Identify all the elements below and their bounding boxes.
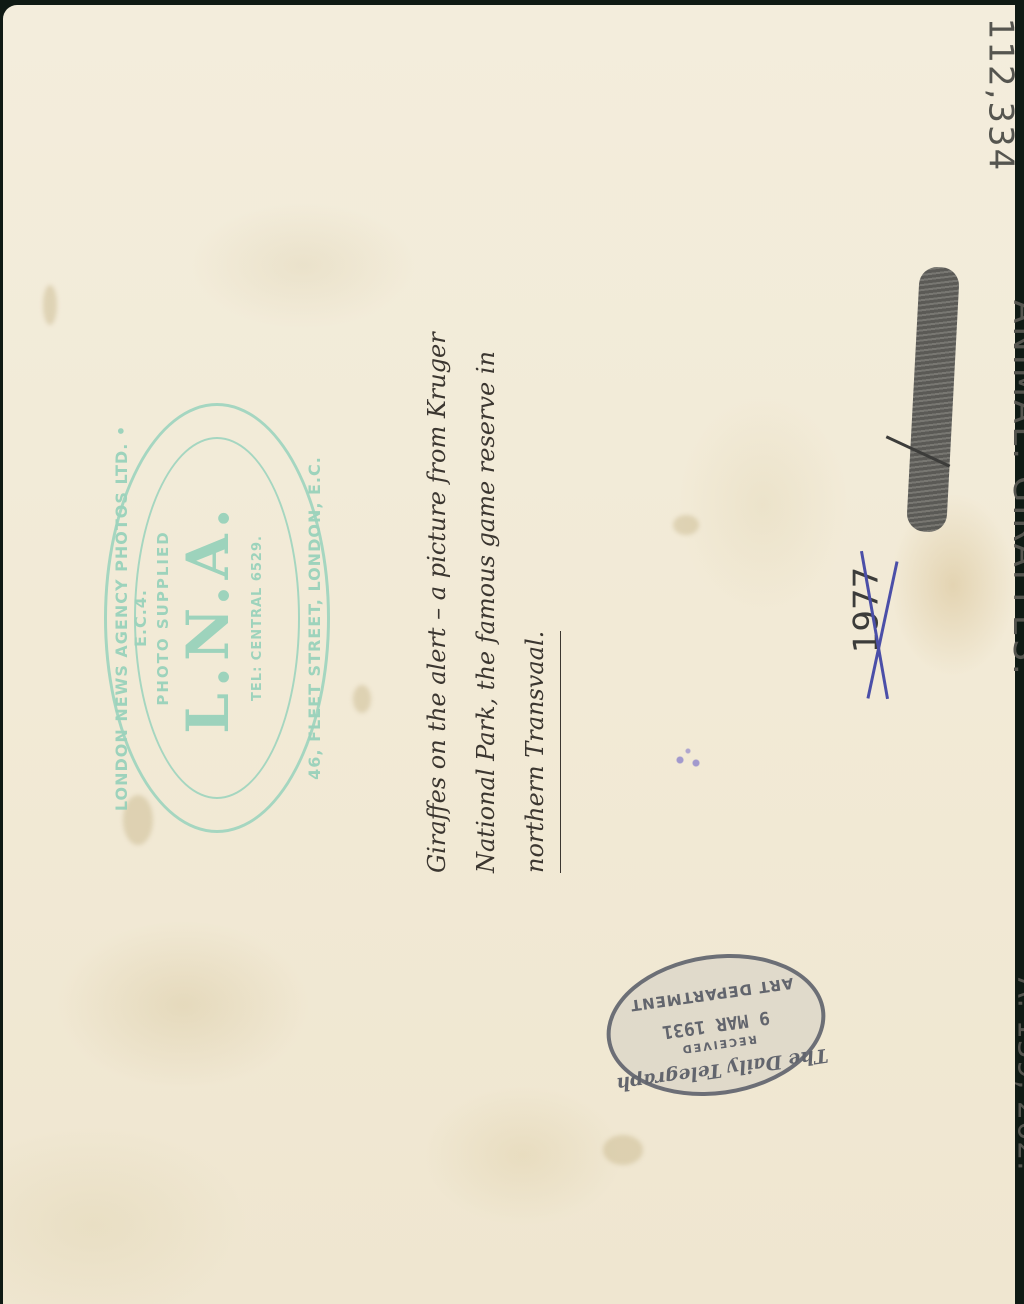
stain xyxy=(673,515,699,535)
category-label: ANIMAL. GIRAFFES. xyxy=(1005,300,1024,760)
caption-line: Giraffes on the alert – a picture from K… xyxy=(413,313,462,873)
handwritten-caption: Giraffes on the alert – a picture from K… xyxy=(413,313,573,873)
stain xyxy=(43,285,57,325)
caption-line: National Park, the famous game reserve i… xyxy=(462,313,511,873)
photo-back-paper: LONDON NEWS AGENCY PHOTOS LTD. • E.C.4. … xyxy=(3,5,1015,1304)
stain xyxy=(603,1135,643,1165)
stamp-telephone: TEL: CENTRAL 6529. xyxy=(250,403,265,833)
stain xyxy=(353,685,371,713)
stamp-supplied-text: PHOTO SUPPLIED xyxy=(154,403,172,833)
telegraph-received-stamp: The Daily Telegraph RECEIVED 9 MAR 1931 … xyxy=(597,940,834,1109)
ink-smudge xyxy=(668,745,708,775)
reference-number-bottom: A. 139, 262. xyxy=(1011,978,1024,1188)
reference-number-top: 112,334 xyxy=(980,18,1020,173)
lna-photo-stamp: LONDON NEWS AGENCY PHOTOS LTD. • E.C.4. … xyxy=(104,403,330,833)
stamp-agency-name: LONDON NEWS AGENCY PHOTOS LTD. • E.C.4. xyxy=(112,403,150,833)
caption-line: northern Transvaal. xyxy=(511,631,561,873)
stamp-address: 46, FLEET STREET, LONDON, E.C. xyxy=(305,403,324,833)
scribbled-out-note xyxy=(906,266,960,533)
stamp-initials: L.N.A. xyxy=(174,403,242,833)
